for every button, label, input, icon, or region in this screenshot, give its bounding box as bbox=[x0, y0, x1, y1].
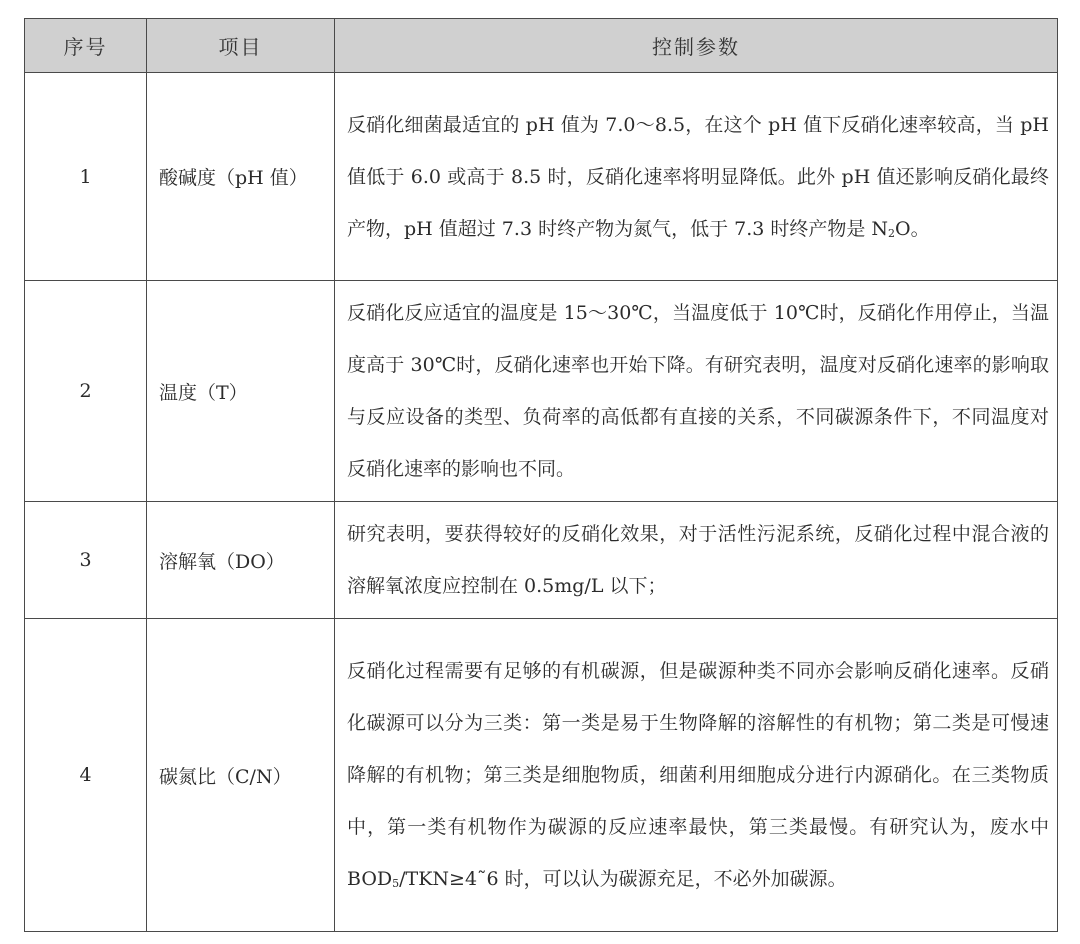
row-control-parameter: 反硝化过程需要有足够的有机碳源，但是碳源种类不同亦会影响反硝化速率。反硝化碳源可… bbox=[335, 619, 1058, 932]
param-subscript: 2 bbox=[888, 227, 895, 240]
row-serial-number: 3 bbox=[25, 502, 147, 619]
denitrification-control-table-container: 序号 项目 控制参数 1 酸碱度（pH 值） 反硝化细菌最适宜的 pH 值为 7… bbox=[24, 18, 1057, 932]
row-item-name: 酸碱度（pH 值） bbox=[147, 73, 335, 281]
header-serial-number: 序号 bbox=[25, 19, 147, 73]
param-text-tail: O。 bbox=[895, 218, 930, 240]
param-text: 反硝化细菌最适宜的 pH 值为 7.0～8.5，在这个 pH 值下反硝化速率较高… bbox=[347, 114, 1049, 240]
table-row: 3 溶解氧（DO） 研究表明，要获得较好的反硝化效果，对于活性污泥系统，反硝化过… bbox=[25, 502, 1058, 619]
row-control-parameter: 反硝化细菌最适宜的 pH 值为 7.0～8.5，在这个 pH 值下反硝化速率较高… bbox=[335, 73, 1058, 281]
row-control-parameter: 研究表明，要获得较好的反硝化效果，对于活性污泥系统，反硝化过程中混合液的溶解氧浓… bbox=[335, 502, 1058, 619]
row-serial-number: 4 bbox=[25, 619, 147, 932]
header-control-parameter: 控制参数 bbox=[335, 19, 1058, 73]
denitrification-control-table: 序号 项目 控制参数 1 酸碱度（pH 值） 反硝化细菌最适宜的 pH 值为 7… bbox=[24, 18, 1058, 932]
table-row: 1 酸碱度（pH 值） 反硝化细菌最适宜的 pH 值为 7.0～8.5，在这个 … bbox=[25, 73, 1058, 281]
header-item: 项目 bbox=[147, 19, 335, 73]
table-row: 4 碳氮比（C/N） 反硝化过程需要有足够的有机碳源，但是碳源种类不同亦会影响反… bbox=[25, 619, 1058, 932]
row-serial-number: 2 bbox=[25, 281, 147, 502]
table-header-row: 序号 项目 控制参数 bbox=[25, 19, 1058, 73]
table-row: 2 温度（T） 反硝化反应适宜的温度是 15～30℃，当温度低于 10℃时，反硝… bbox=[25, 281, 1058, 502]
row-control-parameter: 反硝化反应适宜的温度是 15～30℃，当温度低于 10℃时，反硝化作用停止，当温… bbox=[335, 281, 1058, 502]
row-item-name: 碳氮比（C/N） bbox=[147, 619, 335, 932]
row-serial-number: 1 bbox=[25, 73, 147, 281]
row-item-name: 温度（T） bbox=[147, 281, 335, 502]
row-item-name: 溶解氧（DO） bbox=[147, 502, 335, 619]
param-text-tail: /TKN≥4˜6 时，可以认为碳源充足，不必外加碳源。 bbox=[399, 868, 847, 890]
param-text: 反硝化过程需要有足够的有机碳源，但是碳源种类不同亦会影响反硝化速率。反硝化碳源可… bbox=[347, 660, 1049, 890]
